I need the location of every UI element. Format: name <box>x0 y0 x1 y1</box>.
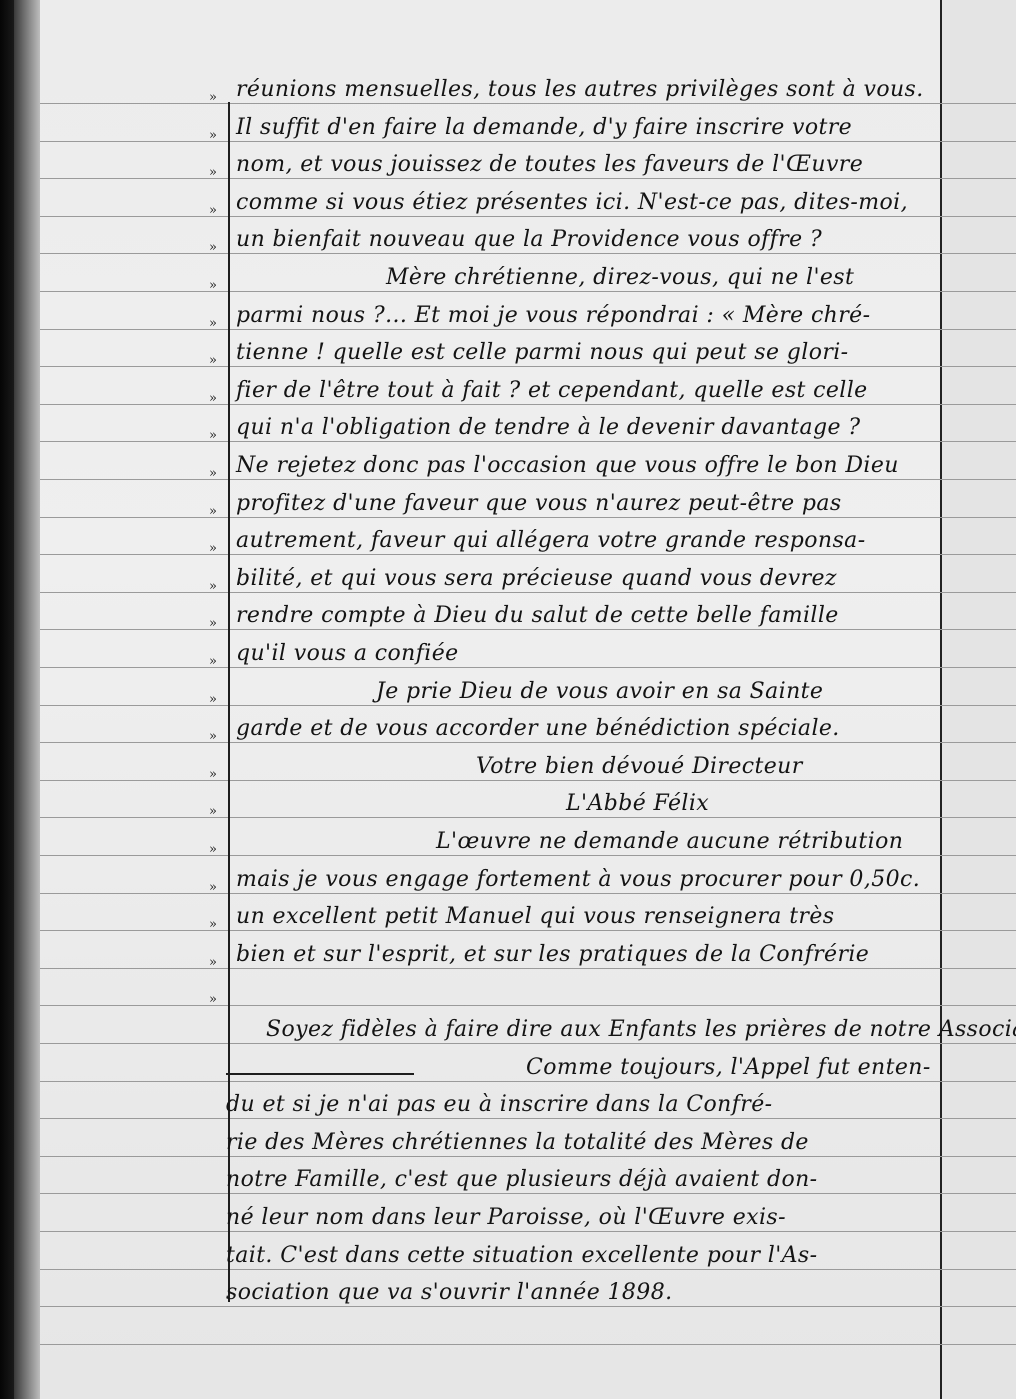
text-line: né leur nom dans leur Paroisse, où l'Œuv… <box>226 1207 786 1229</box>
ruled-line <box>40 329 1016 330</box>
text-line: tait. C'est dans cette situation excelle… <box>226 1245 817 1267</box>
quotation-mark: » <box>209 129 217 142</box>
text-line: profitez d'une faveur que vous n'aurez p… <box>236 493 842 515</box>
ruled-line <box>40 930 1016 931</box>
ruled-line <box>40 291 1016 292</box>
ruled-line <box>40 1306 1016 1307</box>
quotation-mark: » <box>209 881 217 894</box>
ruled-line <box>40 517 1016 518</box>
text-line: du et si je n'ai pas eu à inscrire dans … <box>226 1094 772 1116</box>
quotation-mark: » <box>209 204 217 217</box>
quotation-mark: » <box>209 91 217 104</box>
book-binding-edge <box>0 0 14 1399</box>
ruled-line <box>40 1043 1016 1044</box>
ruled-line <box>40 554 1016 555</box>
quotation-mark: » <box>209 956 217 969</box>
quotation-mark: » <box>209 617 217 630</box>
ruled-line <box>40 216 1016 217</box>
ruled-line <box>40 1081 1016 1082</box>
ruled-line <box>40 1156 1016 1157</box>
text-line: sociation que va s'ouvrir l'année 1898. <box>226 1282 673 1304</box>
text-line: fier de l'être tout à fait ? et cependan… <box>236 380 868 402</box>
text-line: Ne rejetez donc pas l'occasion que vous … <box>236 455 899 477</box>
text-line: garde et de vous accorder une bénédictio… <box>236 718 840 740</box>
text-line: bien et sur l'esprit, et sur les pratiqu… <box>236 944 869 966</box>
text-line: rie des Mères chrétiennes la totalité de… <box>226 1132 809 1154</box>
text-line: Comme toujours, l'Appel fut enten- <box>526 1057 931 1079</box>
text-line: parmi nous ?... Et moi je vous répondrai… <box>236 305 870 327</box>
ruled-line <box>40 855 1016 856</box>
ruled-line <box>40 1118 1016 1119</box>
quotation-mark: » <box>209 542 217 555</box>
ruled-line <box>40 705 1016 706</box>
quotation-mark: » <box>209 693 217 706</box>
text-line: réunions mensuelles, tous les autres pri… <box>236 79 924 101</box>
ruled-line <box>40 1193 1016 1194</box>
text-line: nom, et vous jouissez de toutes les fave… <box>236 154 863 176</box>
ruled-line <box>40 103 1016 104</box>
ruled-line <box>40 253 1016 254</box>
quotation-mark: » <box>209 993 217 1006</box>
quotation-mark: » <box>209 918 217 931</box>
quotation-mark: » <box>209 392 217 405</box>
text-line: tienne ! quelle est celle parmi nous qui… <box>236 342 849 364</box>
ruled-line <box>40 141 1016 142</box>
ruled-line <box>40 1231 1016 1232</box>
signature-name: L'Abbé Félix <box>566 793 709 815</box>
quotation-mark: » <box>209 805 217 818</box>
text-line: Il suffit d'en faire la demande, d'y fai… <box>236 117 852 139</box>
ruled-line <box>40 667 1016 668</box>
ruled-line <box>40 1269 1016 1270</box>
text-line: Soyez fidèles à faire dire aux Enfants l… <box>266 1019 1016 1041</box>
ruled-line <box>40 780 1016 781</box>
ruled-line <box>40 441 1016 442</box>
quotation-mark: » <box>209 730 217 743</box>
text-line: qu'il vous a confiée <box>236 643 459 665</box>
quotation-mark: » <box>209 505 217 518</box>
text-line: Je prie Dieu de vous avoir en sa Sainte <box>376 681 823 703</box>
section-separator-stroke <box>226 1073 414 1075</box>
ruled-line <box>40 592 1016 593</box>
ruled-line <box>40 1005 1016 1006</box>
quotation-mark: » <box>209 429 217 442</box>
text-line: Mère chrétienne, direz-vous, qui ne l'es… <box>386 267 854 289</box>
ruled-line <box>40 817 1016 818</box>
quotation-mark: » <box>209 317 217 330</box>
quotation-mark: » <box>209 279 217 292</box>
text-line: un excellent petit Manuel qui vous rense… <box>236 906 834 928</box>
signature-closing: Votre bien dévoué Directeur <box>476 756 803 778</box>
ruled-line <box>40 404 1016 405</box>
quotation-mark: » <box>209 166 217 179</box>
quotation-mark: » <box>209 467 217 480</box>
ruled-line <box>40 629 1016 630</box>
ruled-line <box>40 742 1016 743</box>
margin-rule <box>228 102 230 1302</box>
quotation-mark: » <box>209 655 217 668</box>
text-line: L'œuvre ne demande aucune rétribution <box>436 831 903 853</box>
text-line: notre Famille, c'est que plusieurs déjà … <box>226 1169 818 1191</box>
ruled-line <box>40 893 1016 894</box>
text-line: comme si vous étiez présentes ici. N'est… <box>236 192 908 214</box>
text-line: mais je vous engage fortement à vous pro… <box>236 869 920 891</box>
quotation-mark: » <box>209 354 217 367</box>
ruled-line <box>40 1344 1016 1345</box>
adjacent-page-edge <box>940 0 1016 1399</box>
ruled-line <box>40 479 1016 480</box>
quotation-mark: » <box>209 768 217 781</box>
page-gutter-shadow <box>14 0 40 1399</box>
ruled-line <box>40 178 1016 179</box>
text-line: qui n'a l'obligation de tendre à le deve… <box>236 417 861 439</box>
ruled-line <box>40 968 1016 969</box>
ruled-line <box>40 366 1016 367</box>
text-line: rendre compte à Dieu du salut de cette b… <box>236 605 839 627</box>
text-line: autrement, faveur qui allégera votre gra… <box>236 530 866 552</box>
quotation-mark: » <box>209 580 217 593</box>
text-line: un bienfait nouveau que la Providence vo… <box>236 229 822 251</box>
quotation-mark: » <box>209 241 217 254</box>
quotation-mark: » <box>209 843 217 856</box>
text-line: bilité, et qui vous sera précieuse quand… <box>236 568 837 590</box>
